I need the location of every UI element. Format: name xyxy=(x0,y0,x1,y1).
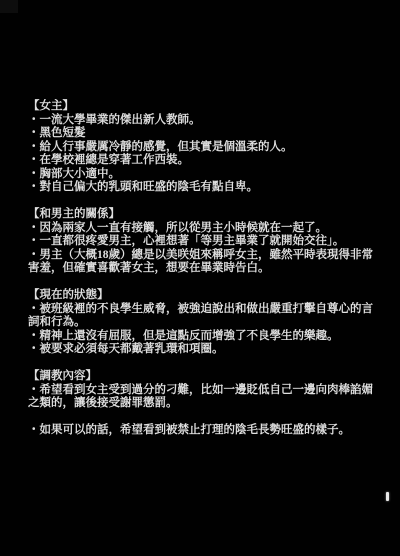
profile-item: ・在學校裡總是穿著工作西裝。 xyxy=(28,154,375,168)
bullet-glyph: ・ xyxy=(28,154,40,166)
bullet-glyph: ・ xyxy=(28,330,40,342)
profile-item: ・一流大學畢業的傑出新人教師。 xyxy=(28,114,375,128)
item-text: 如果可以的話，希望看到被禁止打理的陰毛長勢旺盛的樣子。 xyxy=(40,424,351,436)
bullet-glyph: ・ xyxy=(28,343,40,355)
bullet-glyph: ・ xyxy=(28,127,40,139)
item-text: 男主（大概18歲）總是以美咲姐來稱呼女主，雖然平時表現得非常害羞，但確實喜歡著女… xyxy=(28,249,373,275)
profile-item: ・因為兩家人一直有接觸，所以從男主小時候就在一起了。 xyxy=(28,222,375,236)
item-text: 被要求必須每天都戴著乳環和項圈。 xyxy=(40,343,224,355)
profile-section: 【現在的狀態】・被班級裡的不良學生威脅，被強迫說出和做出嚴重打擊自尊心的言詞和行… xyxy=(28,289,375,357)
item-text: 希望看到女主受到過分的刁難，比如一邊貶低自己一邊向肉棒諂媚之類的，讓後接受謝罪懲… xyxy=(28,384,373,410)
item-text: 被班級裡的不良學生威脅，被強迫說出和做出嚴重打擊自尊心的言詞和行為。 xyxy=(28,303,373,329)
profile-item: ・對自己偏大的乳頭和旺盛的陰毛有點自卑。 xyxy=(28,181,375,195)
section-title: 【調教內容】 xyxy=(28,370,375,384)
profile-item: ・黑色短髮 xyxy=(28,127,375,141)
item-text: 對自己偏大的乳頭和旺盛的陰毛有點自卑。 xyxy=(40,181,259,193)
profile-item: ・如果可以的話，希望看到被禁止打理的陰毛長勢旺盛的樣子。 xyxy=(28,424,375,438)
section-title: 【和男主的關係】 xyxy=(28,208,375,222)
profile-section: 【女主】・一流大學畢業的傑出新人教師。・黑色短髮・給人行事嚴厲冷靜的感覺，但其實… xyxy=(28,100,375,195)
profile-item: ・希望看到女主受到過分的刁難，比如一邊貶低自己一邊向肉棒諂媚之類的，讓後接受謝罪… xyxy=(28,384,375,411)
item-text: 一直都很疼愛男主，心裡想著「等男主畢業了就開始交往」。 xyxy=(40,235,345,247)
item-text: 給人行事嚴厲冷靜的感覺，但其實是個溫柔的人。 xyxy=(40,141,293,153)
profile-section: 【調教內容】・希望看到女主受到過分的刁難，比如一邊貶低自己一邊向肉棒諂媚之類的，… xyxy=(28,370,375,438)
section-title: 【現在的狀態】 xyxy=(28,289,375,303)
bullet-glyph: ・ xyxy=(28,168,40,180)
profile-item: ・一直都很疼愛男主，心裡想著「等男主畢業了就開始交往」。 xyxy=(28,235,375,249)
item-text: 精神上還沒有屈服，但是這點反而增強了不良學生的樂趣。 xyxy=(40,330,339,342)
profile-page: 【女主】・一流大學畢業的傑出新人教師。・黑色短髮・給人行事嚴厲冷靜的感覺，但其實… xyxy=(0,0,400,556)
section-title: 【女主】 xyxy=(28,100,375,114)
item-text: 一流大學畢業的傑出新人教師。 xyxy=(40,114,201,126)
profile-item: ・胸部大小適中。 xyxy=(28,168,375,182)
bullet-glyph: ・ xyxy=(28,424,40,436)
profile-item: ・精神上還沒有屈服，但是這點反而增強了不良學生的樂趣。 xyxy=(28,330,375,344)
item-text: 在學校裡總是穿著工作西裝。 xyxy=(40,154,190,166)
item-text: 因為兩家人一直有接觸，所以從男主小時候就在一起了。 xyxy=(40,222,328,234)
item-text: 胸部大小適中。 xyxy=(40,168,121,180)
bullet-glyph: ・ xyxy=(28,384,40,396)
bullet-glyph: ・ xyxy=(28,222,40,234)
bullet-glyph: ・ xyxy=(28,141,40,153)
profile-item: ・被班級裡的不良學生威脅，被強迫說出和做出嚴重打擊自尊心的言詞和行為。 xyxy=(28,303,375,330)
profile-section: 【和男主的關係】・因為兩家人一直有接觸，所以從男主小時候就在一起了。・一直都很疼… xyxy=(28,208,375,276)
bullet-glyph: ・ xyxy=(28,249,40,261)
scan-mark-artifact xyxy=(386,492,389,501)
bullet-glyph: ・ xyxy=(28,114,40,126)
bullet-glyph: ・ xyxy=(28,235,40,247)
corner-artifact xyxy=(0,0,18,13)
profile-item: ・給人行事嚴厲冷靜的感覺，但其實是個溫柔的人。 xyxy=(28,141,375,155)
item-text: 黑色短髮 xyxy=(40,127,86,139)
bullet-glyph: ・ xyxy=(28,181,40,193)
character-profile-text: 【女主】・一流大學畢業的傑出新人教師。・黑色短髮・給人行事嚴厲冷靜的感覺，但其實… xyxy=(0,100,400,438)
profile-item: ・男主（大概18歲）總是以美咲姐來稱呼女主，雖然平時表現得非常害羞，但確實喜歡著… xyxy=(28,249,375,276)
bullet-glyph: ・ xyxy=(28,303,40,315)
profile-item: ・被要求必須每天都戴著乳環和項圈。 xyxy=(28,343,375,357)
